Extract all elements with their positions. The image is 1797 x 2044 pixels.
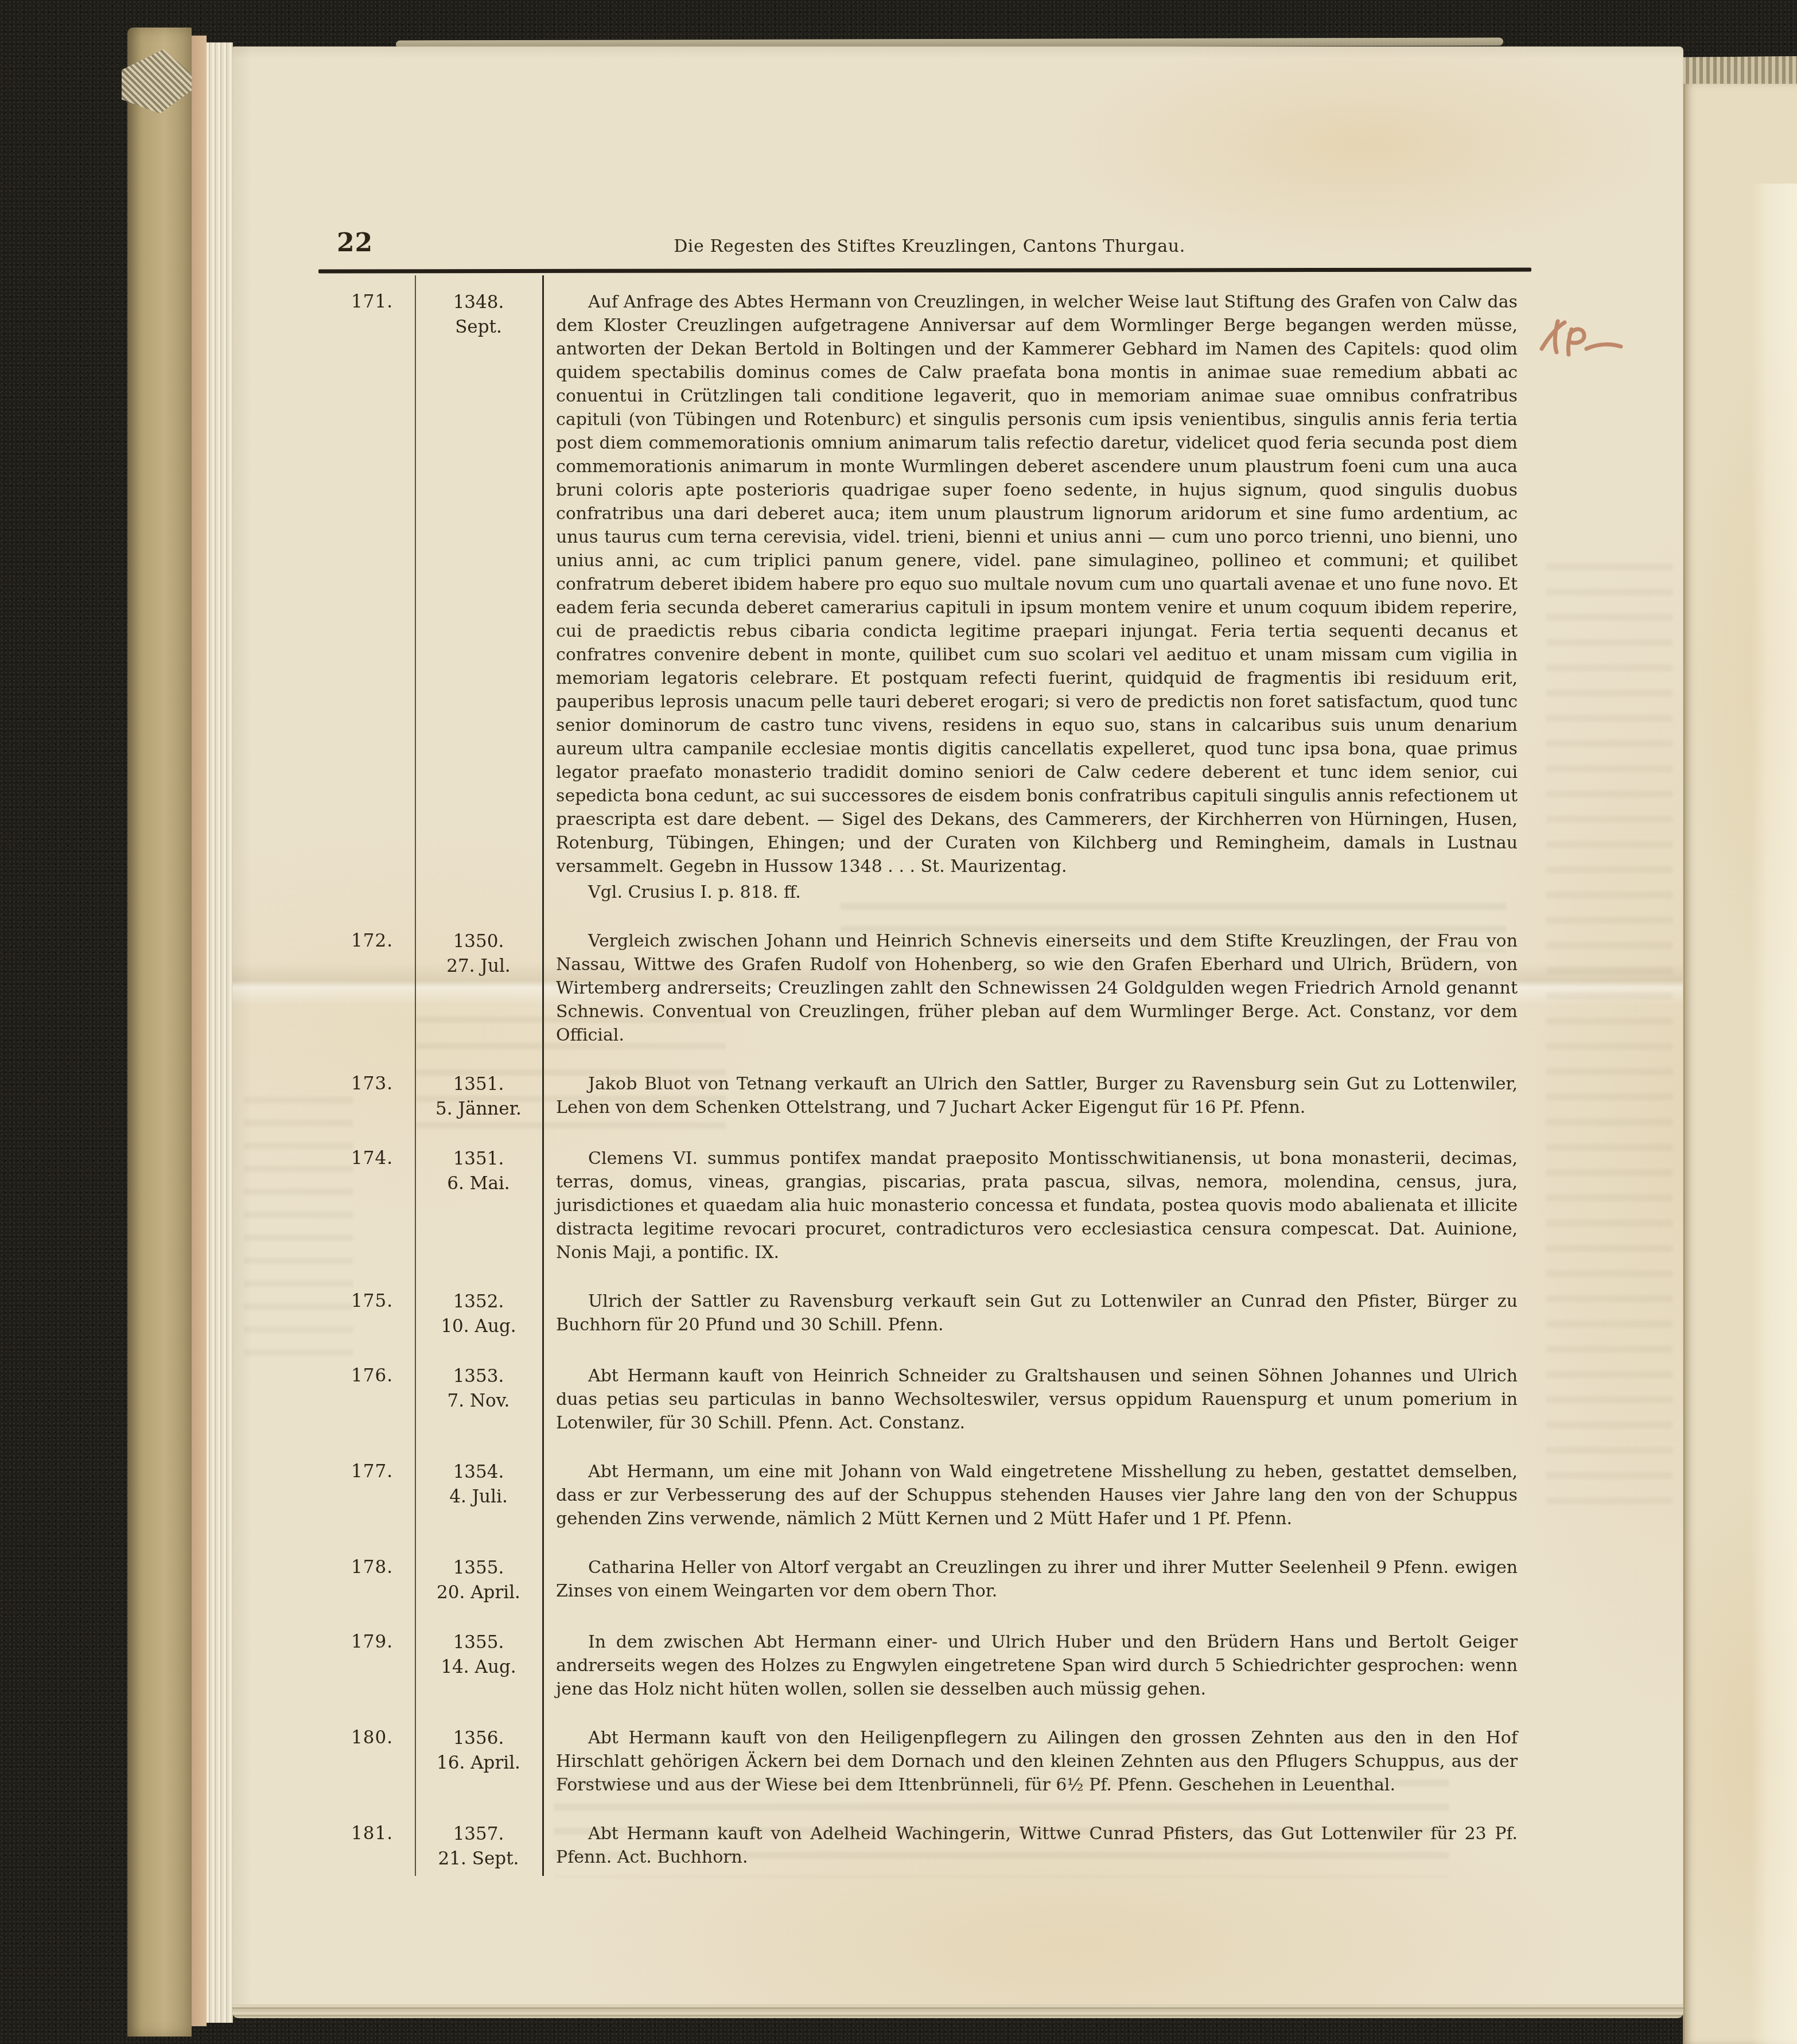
entry-text-cell: Catharina Heller von Altorf vergabt an C…	[542, 1556, 1518, 1603]
entry-number: 175.	[232, 1290, 415, 1313]
entry-year: 1356.	[453, 1728, 504, 1749]
entry-year: 1350.	[453, 931, 504, 952]
entry-text: Auf Anfrage des Abtes Hermann von Creuzl…	[556, 290, 1518, 878]
table-row: 176. 1353. 7. Nov. Abt Hermann kauft von…	[232, 1364, 1523, 1435]
entry-year: 1355.	[453, 1558, 504, 1578]
entry-text-cell: Ulrich der Sattler zu Ravensburg verkauf…	[542, 1290, 1518, 1337]
entry-day: 10. Aug.	[415, 1314, 542, 1339]
entry-day: Sept.	[415, 315, 542, 340]
entry-number: 177.	[232, 1460, 415, 1484]
entry-text: Abt Hermann, um eine mit Johann von Wald…	[556, 1460, 1518, 1531]
entry-text: Abt Hermann kauft von den Heiligenpflege…	[556, 1726, 1518, 1797]
entry-day: 14. Aug.	[415, 1655, 542, 1680]
table-row: 172. 1350. 27. Jul. Vergleich zwischen J…	[232, 929, 1523, 1047]
table-row: 179. 1355. 14. Aug. In dem zwischen Abt …	[232, 1630, 1523, 1701]
scanned-book-page: 22 Die Regesten des Stiftes Kreuzlingen,…	[232, 47, 1683, 2004]
entry-day: 7. Nov.	[415, 1389, 542, 1414]
entry-text-cell: Abt Hermann kauft von Heinrich Schneider…	[542, 1364, 1518, 1435]
entry-day: 16. April.	[415, 1751, 542, 1776]
table-row: 180. 1356. 16. April. Abt Hermann kauft …	[232, 1726, 1523, 1797]
table-row: 175. 1352. 10. Aug. Ulrich der Sattler z…	[232, 1290, 1523, 1339]
entry-date-cell: 1351. 5. Jänner.	[415, 1072, 542, 1122]
header-rule	[318, 268, 1531, 274]
entry-text-cell: Auf Anfrage des Abtes Hermann von Creuzl…	[542, 290, 1518, 904]
book-cover-edge	[127, 28, 192, 2037]
entry-number: 179.	[232, 1630, 415, 1654]
entry-number: 172.	[232, 929, 415, 953]
entry-number: 178.	[232, 1556, 415, 1579]
entry-text-cell: Jakob Bluot von Tetnang verkauft an Ulri…	[542, 1072, 1518, 1119]
entry-day: 5. Jänner.	[415, 1097, 542, 1122]
entry-date-cell: 1351. 6. Mai.	[415, 1147, 542, 1196]
entry-day: 21. Sept.	[415, 1847, 542, 1871]
table-row: 181. 1357. 21. Sept. Abt Hermann kauft v…	[232, 1822, 1523, 1871]
entry-date-cell: 1353. 7. Nov.	[415, 1364, 542, 1414]
entry-date-cell: 1354. 4. Juli.	[415, 1460, 542, 1509]
entry-date-cell: 1357. 21. Sept.	[415, 1822, 542, 1871]
entry-year: 1352.	[453, 1291, 504, 1312]
red-crayon-scribble-icon	[1534, 317, 1631, 372]
table-row: 171. 1348. Sept. Auf Anfrage des Abtes H…	[232, 290, 1523, 904]
table-row: 174. 1351. 6. Mai. Clemens VI. summus po…	[232, 1147, 1523, 1264]
regesta-table: 171. 1348. Sept. Auf Anfrage des Abtes H…	[232, 290, 1523, 1897]
entry-text-cell: Vergleich zwischen Johann und Heinrich S…	[542, 929, 1518, 1047]
fore-edge-right	[1751, 184, 1797, 2044]
entry-text: Abt Hermann kauft von Heinrich Schneider…	[556, 1364, 1518, 1435]
page-edges-left	[207, 42, 233, 2023]
entry-text: Clemens VI. summus pontifex mandat praep…	[556, 1147, 1518, 1264]
entry-number: 181.	[232, 1822, 415, 1846]
entry-text: Jakob Bluot von Tetnang verkauft an Ulri…	[556, 1072, 1518, 1119]
bleed-through-smudge	[1546, 563, 1672, 1510]
entry-year: 1357.	[453, 1824, 504, 1844]
entry-year: 1355.	[453, 1632, 504, 1653]
cover-inner-edge	[192, 36, 207, 2026]
entry-day: 27. Jul.	[415, 954, 542, 979]
entry-year: 1354.	[453, 1462, 504, 1482]
entry-text-cell: Abt Hermann kauft von den Heiligenpflege…	[542, 1726, 1518, 1797]
table-row: 178. 1355. 20. April. Catharina Heller v…	[232, 1556, 1523, 1605]
entry-text: Catharina Heller von Altorf vergabt an C…	[556, 1556, 1518, 1603]
entry-date-cell: 1356. 16. April.	[415, 1726, 542, 1776]
entry-text: Vergleich zwischen Johann und Heinrich S…	[556, 929, 1518, 1047]
table-row: 177. 1354. 4. Juli. Abt Hermann, um eine…	[232, 1460, 1523, 1531]
entry-year: 1353.	[453, 1366, 504, 1387]
entry-date-cell: 1355. 14. Aug.	[415, 1630, 542, 1680]
table-row: 173. 1351. 5. Jänner. Jakob Bluot von Te…	[232, 1072, 1523, 1122]
entry-text: Ulrich der Sattler zu Ravensburg verkauf…	[556, 1290, 1518, 1337]
page-title: Die Regesten des Stiftes Kreuzlingen, Ca…	[324, 236, 1535, 256]
entry-number: 180.	[232, 1726, 415, 1750]
entry-number: 171.	[232, 290, 415, 314]
entry-text: Abt Hermann kauft von Adelheid Wachinger…	[556, 1822, 1518, 1869]
entry-text: In dem zwischen Abt Hermann einer- und U…	[556, 1630, 1518, 1701]
entry-date-cell: 1352. 10. Aug.	[415, 1290, 542, 1339]
entry-text-cell: In dem zwischen Abt Hermann einer- und U…	[542, 1630, 1518, 1701]
entry-number: 176.	[232, 1364, 415, 1388]
entry-date-cell: 1355. 20. April.	[415, 1556, 542, 1605]
entry-year: 1351.	[453, 1148, 504, 1169]
entry-date-cell: 1350. 27. Jul.	[415, 929, 542, 979]
entry-number: 174.	[232, 1147, 415, 1170]
entry-text-cell: Abt Hermann kauft von Adelheid Wachinger…	[542, 1822, 1518, 1869]
entry-year: 1348.	[453, 292, 504, 313]
page-edges-bottom	[232, 2004, 1683, 2018]
entry-note: Vgl. Crusius I. p. 818. ff.	[556, 881, 1518, 904]
entry-day: 4. Juli.	[415, 1485, 542, 1509]
entry-number: 173.	[232, 1072, 415, 1096]
entry-day: 6. Mai.	[415, 1171, 542, 1196]
entry-day: 20. April.	[415, 1580, 542, 1605]
entry-year: 1351.	[453, 1074, 504, 1095]
entry-text-cell: Abt Hermann, um eine mit Johann von Wald…	[542, 1460, 1518, 1531]
entry-date-cell: 1348. Sept.	[415, 290, 542, 340]
entry-text-cell: Clemens VI. summus pontifex mandat praep…	[542, 1147, 1518, 1264]
